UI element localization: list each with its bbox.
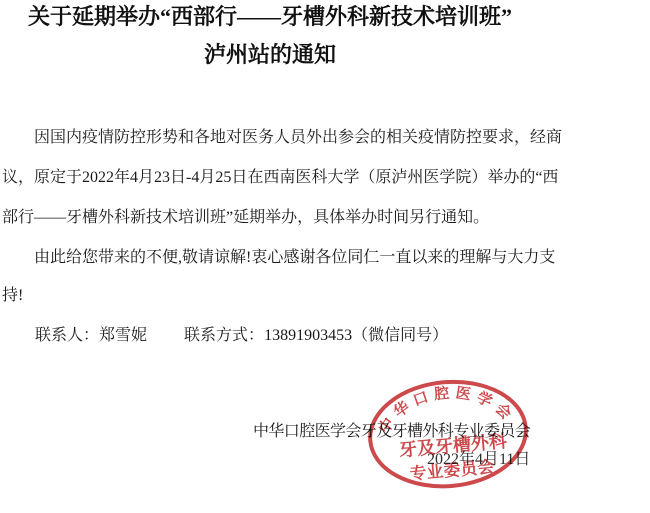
contact-phone-note: （微信同号） — [352, 327, 448, 344]
contact-label: 联系人： — [35, 327, 99, 344]
body-paragraph2-line2: 持! — [2, 286, 23, 306]
contact-phone: 13891903453 — [264, 327, 352, 344]
contact-method-label: 联系方式： — [184, 327, 264, 344]
notice-title-line-2: 泸州站的通知 — [0, 40, 540, 70]
body-paragraph2-line1: 由此给您带来的不便,敬请谅解!衷心感谢各位同仁一直以来的理解与大力支 — [2, 248, 555, 268]
contact-indent — [3, 327, 35, 344]
stamp-arc-text: 中华口腔医学会 — [372, 378, 520, 438]
body-paragraph1-line3: 部行——牙槽外科新技术培训班”延期举办，具体举办时间另行通知。 — [2, 208, 489, 228]
official-stamp-seal: 中华口腔医学会 牙及牙槽外科 专业委员会 — [348, 356, 549, 512]
stamp-arc-text-wrapper: 中华口腔医学会 — [372, 378, 520, 438]
body-paragraph1-line1: 因国内疫情防控形势和各地对医务人员外出参会的相关疫情防控要求，经商 — [2, 128, 562, 148]
contact-line: 联系人：郑雪妮联系方式：13891903453（微信同号） — [3, 326, 448, 346]
contact-name: 郑雪妮 — [99, 327, 147, 344]
body-paragraph1-line2: 议，原定于2022年4月23日-4月25日在西南医科大学（原泸州医学院）举办的“… — [2, 168, 558, 188]
stamp-middle-text: 牙及牙槽外科 — [398, 430, 508, 460]
notice-title-line-1: 关于延期举办“西部行——牙槽外科新技术培训班” — [0, 2, 540, 32]
notice-document: 关于延期举办“西部行——牙槽外科新技术培训班” 泸州站的通知 因国内疫情防控形势… — [0, 0, 650, 513]
